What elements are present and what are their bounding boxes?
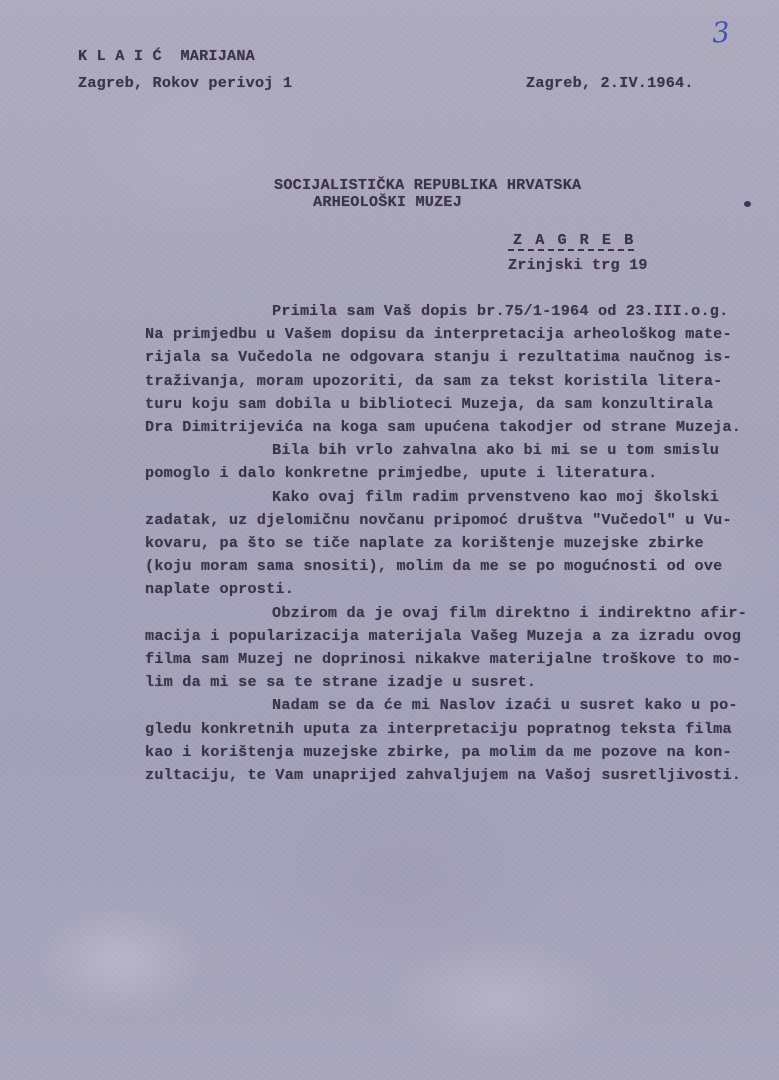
body-line: lim da mi se sa te strane izadje u susre…: [145, 673, 536, 691]
body-line: gledu konkretnih uputa za interpretaciju…: [145, 720, 732, 738]
letter-date: Zagreb, 2.IV.1964.: [526, 74, 694, 92]
body-line: Obzirom da je ovaj film direktno i indir…: [272, 604, 747, 622]
recipient-city: Z A G R E B: [513, 231, 635, 249]
ink-spot: [744, 201, 751, 207]
body-line: (koju moram sama snositi), molim da me s…: [145, 557, 722, 575]
recipient-street: Zrinjski trg 19: [508, 256, 648, 274]
body-line: turu koju sam dobila u biblioteci Muzeja…: [145, 395, 713, 413]
body-line: kovaru, pa što se tiče naplate za korišt…: [145, 534, 704, 552]
body-line: filma sam Muzej ne doprinosi nikakve mat…: [145, 650, 741, 668]
body-line: zultaciju, te Vam unaprijed zahvaljujem …: [145, 766, 741, 784]
body-line: Primila sam Vaš dopis br.75/1-1964 od 23…: [272, 302, 728, 320]
body-line: Nadam se da će mi Naslov izaći u susret …: [272, 696, 738, 714]
body-line: Bila bih vrlo zahvalna ako bi mi se u to…: [272, 441, 719, 459]
recipient-line-2: ARHEOLOŠKI MUZEJ: [313, 193, 462, 211]
sender-address: Zagreb, Rokov perivoj 1: [78, 74, 292, 92]
body-line: macija i popularizacija materijala Vašeg…: [145, 627, 741, 645]
body-line: Dra Dimitrijevića na koga sam upućena ta…: [145, 418, 741, 436]
body-line: Kako ovaj film radim prvenstveno kao moj…: [272, 488, 719, 506]
sender-name: K L A I Ć MARIJANA: [78, 47, 255, 65]
body-line: zadatak, uz djelomičnu novčanu pripomoć …: [145, 511, 732, 529]
recipient-line-1: SOCIJALISTIČKA REPUBLIKA HRVATSKA: [274, 176, 581, 194]
handwritten-page-number: 3: [711, 15, 731, 49]
body-line: rijala sa Vučedola ne odgovara stanju i …: [145, 348, 732, 366]
body-line: traživanja, moram upozoriti, da sam za t…: [145, 372, 722, 390]
body-line: naplate oprosti.: [145, 580, 294, 598]
city-underline: [508, 249, 634, 251]
body-line: pomoglo i dalo konkretne primjedbe, uput…: [145, 464, 657, 482]
body-line: kao i korištenja muzejske zbirke, pa mol…: [145, 743, 732, 761]
body-line: Na primjedbu u Vašem dopisu da interpret…: [145, 325, 732, 343]
